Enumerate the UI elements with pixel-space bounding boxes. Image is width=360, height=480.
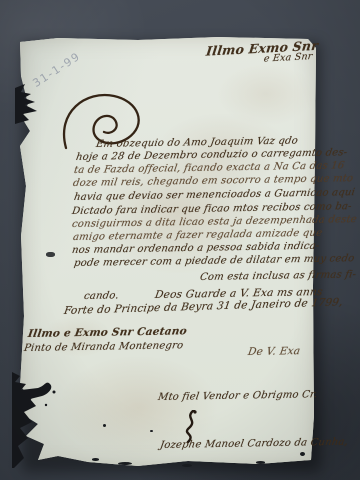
courtesy-line: De V. Exa [247,345,301,358]
letter-heading: Illmo Exmo Snr e Exa Snr [196,40,319,68]
closing-wrap-line: Com esta inclusa as firmas fi- [199,269,357,283]
closing-wrap-end: cando. [83,290,119,302]
photo-background: { "photo": { "description": "Photograph … [0,0,360,480]
